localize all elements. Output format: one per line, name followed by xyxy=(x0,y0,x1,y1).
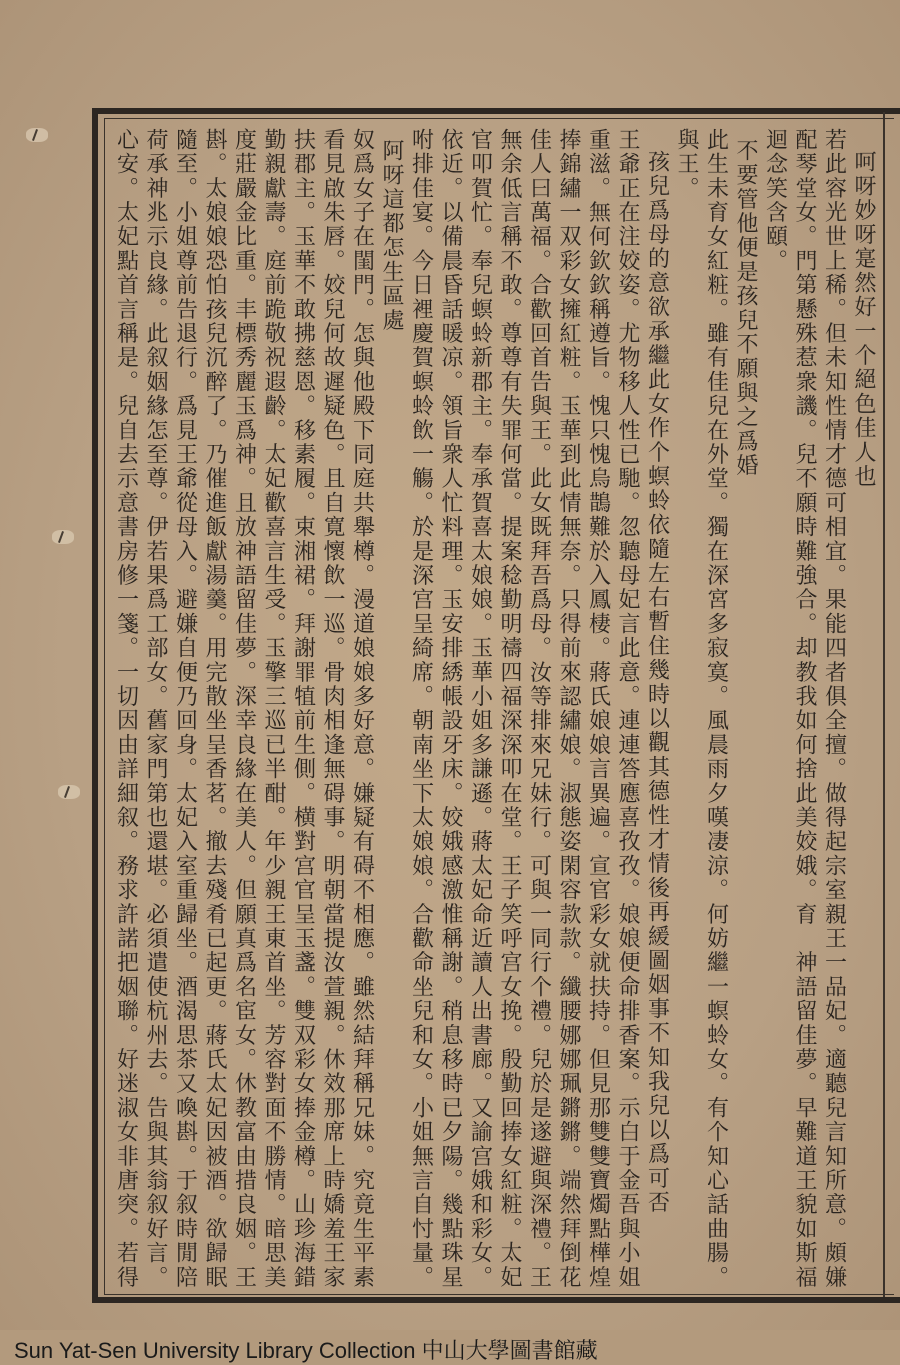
text-column: 度莊嚴金比重。丰標秀麗玉爲神。且放神語留佳夢。深幸良緣在美人。但願真爲名宦女。休… xyxy=(229,128,259,1290)
text-column: 斟。太娘娘恐怕孩兒沉醉了。乃催進飯獻湯羹。用完散坐呈香茗。撤去殘肴已起更。蔣氏太… xyxy=(200,128,230,1290)
text-column: 勤親獻壽。庭前跪敬祝遐齡。太妃歡喜言生受。玉擎三巡已半酣。年少親王東首坐。芳容對… xyxy=(259,128,289,1290)
text-column: 咐排佳宴。今日裡慶賀螟蛉飲一觴。於是深宫呈綺席。朝南坐下太娘娘。合歡命坐兒和女。… xyxy=(406,128,436,1290)
library-collection-caption: Sun Yat-Sen University Library Collectio… xyxy=(14,1334,598,1365)
text-column: 與王。 xyxy=(672,128,702,1290)
text-column: 奴爲女子在閨門。怎與他殿下同庭共舉樽。漫道娘娘多好意。嫌疑有碍不相應。雖然結拜稱… xyxy=(347,128,377,1290)
text-column: 官叩賀忙。奉兒螟蛉新郡主。奉承賀喜太娘娘。玉華小姐多謙遜。蔣太妃命近讀人出書廊。… xyxy=(465,128,495,1290)
page-fold-line xyxy=(883,112,885,1297)
text-column: 無余低言稱不敢。尊尊有失罪何當。提案稔勤明禱四福深深叩在堂。王子笑呼宫女挽。殷勤… xyxy=(495,128,525,1290)
binding-hole-lower xyxy=(58,785,80,799)
text-column: 呵呀妙呀寔然好一个絕色佳人也 xyxy=(849,128,879,1290)
vertical-text-body: 呵呀妙呀寔然好一个絕色佳人也 若此容光世上稀。但未知性情才德可相宜。果能四者俱全… xyxy=(112,128,878,1290)
text-column: 迴念笑含頤。 xyxy=(760,128,790,1290)
text-column: 重滋。無何欽欽稱遵旨。愧只愧烏鵲難於入鳳棲。蔣氏娘娘言異遍。宣官彩女就扶持。但見… xyxy=(583,128,613,1290)
text-column: 荷承神兆示良緣。此叙姻緣怎至尊。伊若果爲工部女。舊家門第也還堪。必須遣使杭州去。… xyxy=(141,128,171,1290)
text-column: 此生未育女紅粧。雖有佳兒在外堂。獨在深宮多寂寞。風晨雨夕嘆凄涼。何妨繼一螟蛉女。… xyxy=(701,128,731,1290)
text-column: 不要管他便是孩兒不願與之爲婚 xyxy=(731,128,761,1290)
text-column: 心安。太妃點首言稱是。兒自去示意書房修一箋。一切因由詳細叙。務求許諾把姻聯。好迷… xyxy=(112,128,141,1290)
text-column: 王爺正在注姣姿。尤物移人性已馳。忽聽母妃言此意。連連答應喜孜孜。娘娘便命排香案。… xyxy=(613,128,643,1290)
text-column: 隨至。小姐尊前告退行。爲見王爺從母入。避嫌自便乃回身。太妃入室重歸坐。酒渴思茶又… xyxy=(170,128,200,1290)
text-column: 依近。以備晨昏話暖凉。領旨衆人忙料理。玉安排綉帳設牙床。姣娥感激惟稱謝。稍息移時… xyxy=(436,128,466,1290)
text-column: 孩兒爲母的意欲承繼此女作个螟蛉依隨左右暫住幾時以觀其德性才情後再緩圖姻事不知我兒… xyxy=(642,128,672,1290)
text-column: 捧錦繡一双彩女擁紅粧。玉華到此情無奈。只得前來認繡娘。淑態姿閑容款款。纖腰娜娜珮… xyxy=(554,128,584,1290)
text-column: 若此容光世上稀。但未知性情才德可相宜。果能四者俱全擅。做得起宗室親王一品妃。適聽… xyxy=(819,128,849,1290)
text-column: 佳人曰萬福。合歡回首告與王。此女既拜吾爲母。汝等排來兄妹行。可與一同行个禮。兒於… xyxy=(524,128,554,1290)
binding-hole-top xyxy=(26,128,48,142)
text-column: 看見啟朱唇。姣兒何故遲疑色。且自寛懷飲一巡。骨肉相逢無碍事。明朝當提汝萱親。休效… xyxy=(318,128,348,1290)
text-column: 阿呀這都怎生區處 xyxy=(377,128,407,1290)
text-column: 扶郡主。玉華不敢拂慈恩。移素履。束湘裙。拜謝罪犆前生側。横對宫官呈玉盞。雙双彩女… xyxy=(288,128,318,1290)
text-column: 配琴堂女。門第懸殊惹衆譏。兒不願時難強合。却教我如何捨此美姣娥。育𦒿神語留佳夢。… xyxy=(790,128,820,1290)
binding-hole-middle xyxy=(52,530,74,544)
